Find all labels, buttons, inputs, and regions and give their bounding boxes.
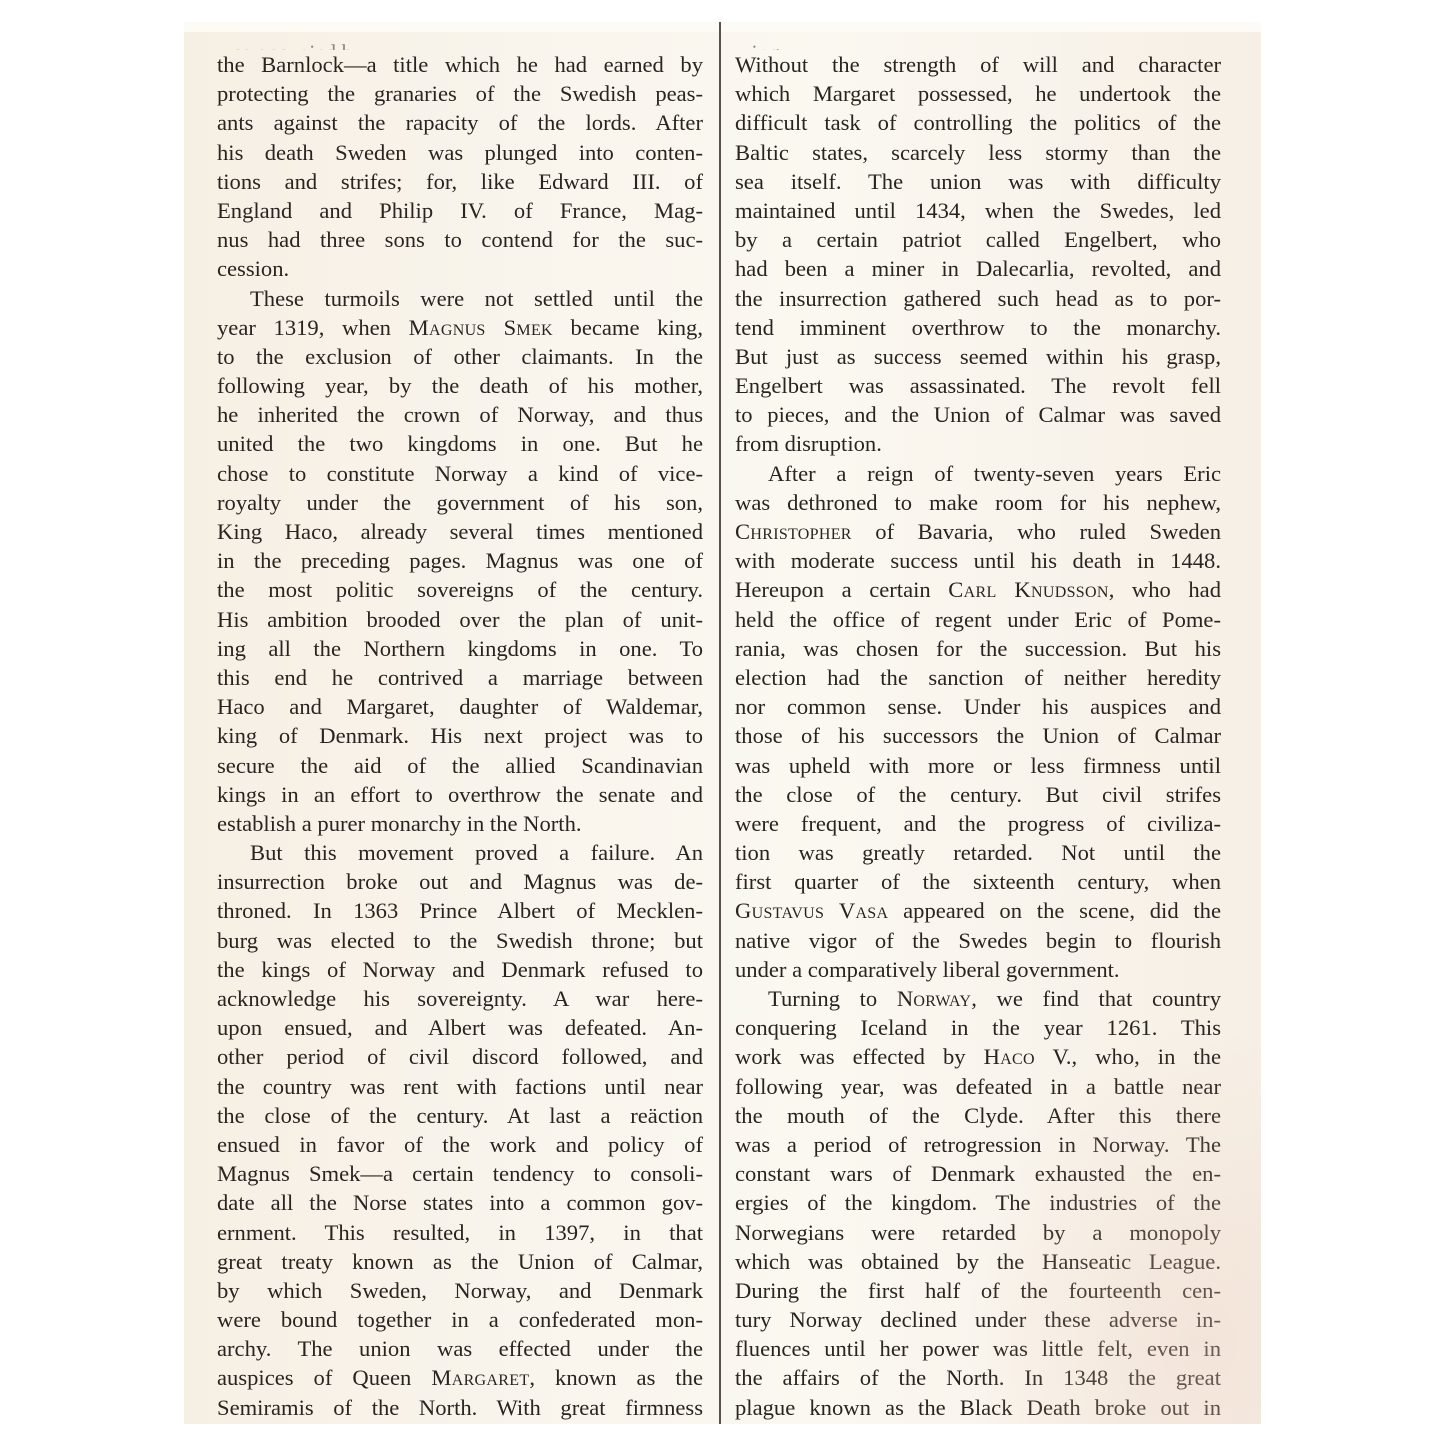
text-run: appeared on the scene, did the [888, 898, 1221, 923]
text-line: auspices of Queen Margaret, known as the [217, 1363, 703, 1392]
text-line: first quarter of the sixteenth century, … [735, 867, 1221, 896]
small-caps-name: Magnus Smek [409, 315, 553, 340]
text-line: archy. The union was effected under the [217, 1334, 703, 1363]
text-line: ensued in favor of the work and policy o… [217, 1130, 703, 1159]
text-line: the kings of Norway and Denmark refused … [217, 955, 703, 984]
text-line: the most politic sovereigns of the centu… [217, 575, 703, 604]
text-line: tury Norway declined under these adverse… [735, 1305, 1221, 1334]
text-line: During the first half of the fourteenth … [735, 1276, 1221, 1305]
right-column: ...ing ... , Without the strength of wil… [735, 50, 1221, 1424]
text-line: he inherited the crown of Norway, and th… [217, 400, 703, 429]
text-line: upon ensued, and Albert was defeated. An… [217, 1013, 703, 1042]
text-line: ernment. This resulted, in 1397, in that [217, 1218, 703, 1247]
text-line: was a period of retrogression in Norway.… [735, 1130, 1221, 1159]
left-column: was occupied by the Barnlock—a title whi… [217, 50, 703, 1424]
text-line: great treaty known as the Union of Calma… [217, 1247, 703, 1276]
text-line: protecting the granaries of the Swedish … [217, 79, 703, 108]
text-line: were frequent, and the progress of civil… [735, 809, 1221, 838]
text-line: difficult task of controlling the politi… [735, 108, 1221, 137]
text-line: tions and strifes; for, like Edward III.… [217, 167, 703, 196]
text-line: cession. [217, 254, 703, 283]
text-line: the close of the century. At last a reäc… [217, 1101, 703, 1130]
text-run: year 1319, when [217, 315, 409, 340]
text-line: the country was rent with factions until… [217, 1072, 703, 1101]
text-line: this end he contrived a marriage between [217, 663, 703, 692]
text-line: After a reign of twenty-seven years Eric [735, 459, 1221, 488]
text-line: date all the Norse states into a common … [217, 1188, 703, 1217]
text-run: became king, [553, 315, 703, 340]
text-run: of Bavaria, who ruled Sweden [852, 519, 1221, 544]
text-line: These turmoils were not settled until th… [217, 284, 703, 313]
text-run: Turning to [768, 986, 897, 1011]
text-line: which was obtained by the Hanseatic Leag… [735, 1247, 1221, 1276]
text-line: But just as success seemed within his gr… [735, 342, 1221, 371]
text-line: had been a miner in Dalecarlia, revolted… [735, 254, 1221, 283]
text-line: was upheld with more or less firmness un… [735, 751, 1221, 780]
text-line: kings in an effort to overthrow the sena… [217, 780, 703, 809]
small-caps-name: Carl Knudsson [948, 577, 1108, 602]
text-line: establish a purer monarchy in the North. [217, 809, 703, 838]
text-line: ergies of the kingdom. The industries of… [735, 1188, 1221, 1217]
text-line: But this movement proved a failure. An [217, 838, 703, 867]
text-line: the Barnlock—a title which he had earned… [217, 50, 703, 79]
text-line: constant wars of Denmark exhausted the e… [735, 1159, 1221, 1188]
small-caps-name: Norway [897, 986, 971, 1011]
text-line: election had the sanction of neither her… [735, 663, 1221, 692]
text-line: nor common sense. Under his auspices and [735, 692, 1221, 721]
text-line: were bound together in a confederated mo… [217, 1305, 703, 1334]
text-line: acknowledge his sovereignty. A war here- [217, 984, 703, 1013]
text-line: royalty under the government of his son, [217, 488, 703, 517]
text-line: rania, was chosen for the succession. Bu… [735, 634, 1221, 663]
text-line: to the exclusion of other claimants. In … [217, 342, 703, 371]
text-line: with moderate success until his death in… [735, 546, 1221, 575]
text-line: His ambition brooded over the plan of un… [217, 605, 703, 634]
text-run: V., who, in the [1035, 1044, 1221, 1069]
text-run: , who had [1109, 577, 1221, 602]
text-line: maintained until 1434, when the Swedes, … [735, 196, 1221, 225]
column-divider-rule [719, 22, 721, 1424]
text-line: throned. In 1363 Prince Albert of Meckle… [217, 896, 703, 925]
text-line: tion was greatly retarded. Not until the [735, 838, 1221, 867]
text-line: year 1319, when Magnus Smek became king, [217, 313, 703, 342]
text-line: united the two kingdoms in one. But he [217, 429, 703, 458]
text-line: King Haco, already several times mention… [217, 517, 703, 546]
cut-off-line-left: was occupied by [217, 38, 703, 50]
text-line: under a comparatively liberal government… [735, 955, 1221, 984]
text-line: Magnus Smek—a certain tendency to consol… [217, 1159, 703, 1188]
text-line: from disruption. [735, 429, 1221, 458]
text-line: Without the strength of will and charact… [735, 50, 1221, 79]
text-line: held the office of regent under Eric of … [735, 605, 1221, 634]
text-line: plague known as the Black Death broke ou… [735, 1393, 1221, 1422]
text-run: Hereupon a certain [735, 577, 948, 602]
text-run: auspices of Queen [217, 1365, 431, 1390]
text-line: sea itself. The union was with difficult… [735, 167, 1221, 196]
text-line: the affairs of the North. In 1348 the gr… [735, 1363, 1221, 1392]
text-run: , we find that country [971, 986, 1221, 1011]
small-caps-name: Haco [984, 1044, 1035, 1069]
text-line: those of his successors the Union of Cal… [735, 721, 1221, 750]
text-line: Turning to Norway, we find that country [735, 984, 1221, 1013]
text-line: king of Denmark. His next project was to [217, 721, 703, 750]
text-line: was dethroned to make room for his nephe… [735, 488, 1221, 517]
text-line: chose to constitute Norway a kind of vic… [217, 459, 703, 488]
text-line: Christopher of Bavaria, who ruled Sweden [735, 517, 1221, 546]
small-caps-name: Christopher [735, 519, 852, 544]
text-line: Hereupon a certain Carl Knudsson, who ha… [735, 575, 1221, 604]
text-line: following year, was defeated in a battle… [735, 1072, 1221, 1101]
text-line: work was effected by Haco V., who, in th… [735, 1042, 1221, 1071]
text-run: work was effected by [735, 1044, 984, 1069]
cut-off-line-right: ...ing ... , [735, 38, 1221, 50]
text-line: by a certain patriot called Engelbert, w… [735, 225, 1221, 254]
page-top-edge [184, 22, 1261, 32]
text-line: in the preceding pages. Magnus was one o… [217, 546, 703, 575]
text-line: the mouth of the Clyde. After this there [735, 1101, 1221, 1130]
text-line: Semiramis of the North. With great firmn… [217, 1393, 703, 1422]
text-line: by which Sweden, Norway, and Denmark [217, 1276, 703, 1305]
text-line: conquering Iceland in the year 1261. Thi… [735, 1013, 1221, 1042]
text-line: to pieces, and the Union of Calmar was s… [735, 400, 1221, 429]
text-line: ants against the rapacity of the lords. … [217, 108, 703, 137]
text-line: fluences until her power was little felt… [735, 1334, 1221, 1363]
small-caps-name: Margaret [431, 1365, 529, 1390]
book-page: was occupied by the Barnlock—a title whi… [184, 22, 1261, 1424]
text-line: which Margaret possessed, he undertook t… [735, 79, 1221, 108]
text-line: she assumed the duties of monarch of all… [217, 1422, 703, 1424]
text-line: Norwegians were retarded by a monopoly [735, 1218, 1221, 1247]
text-line: the kingdom; and, if the horrid traditio… [735, 1422, 1221, 1424]
text-run: , known as the [529, 1365, 703, 1390]
text-line: his death Sweden was plunged into conten… [217, 138, 703, 167]
text-line: tend imminent overthrow to the monarchy. [735, 313, 1221, 342]
text-line: nus had three sons to contend for the su… [217, 225, 703, 254]
text-line: the close of the century. But civil stri… [735, 780, 1221, 809]
text-line: native vigor of the Swedes begin to flou… [735, 926, 1221, 955]
text-line: England and Philip IV. of France, Mag- [217, 196, 703, 225]
text-line: secure the aid of the allied Scandinavia… [217, 751, 703, 780]
text-line: ing all the Northern kingdoms in one. To [217, 634, 703, 663]
text-line: burg was elected to the Swedish throne; … [217, 926, 703, 955]
text-line: Haco and Margaret, daughter of Waldemar, [217, 692, 703, 721]
text-line: insurrection broke out and Magnus was de… [217, 867, 703, 896]
text-line: the insurrection gathered such head as t… [735, 284, 1221, 313]
text-line: following year, by the death of his moth… [217, 371, 703, 400]
text-line: Gustavus Vasa appeared on the scene, did… [735, 896, 1221, 925]
small-caps-name: Gustavus Vasa [735, 898, 888, 923]
text-line: Engelbert was assassinated. The revolt f… [735, 371, 1221, 400]
text-line: Baltic states, scarcely less stormy than… [735, 138, 1221, 167]
text-line: other period of civil discord followed, … [217, 1042, 703, 1071]
